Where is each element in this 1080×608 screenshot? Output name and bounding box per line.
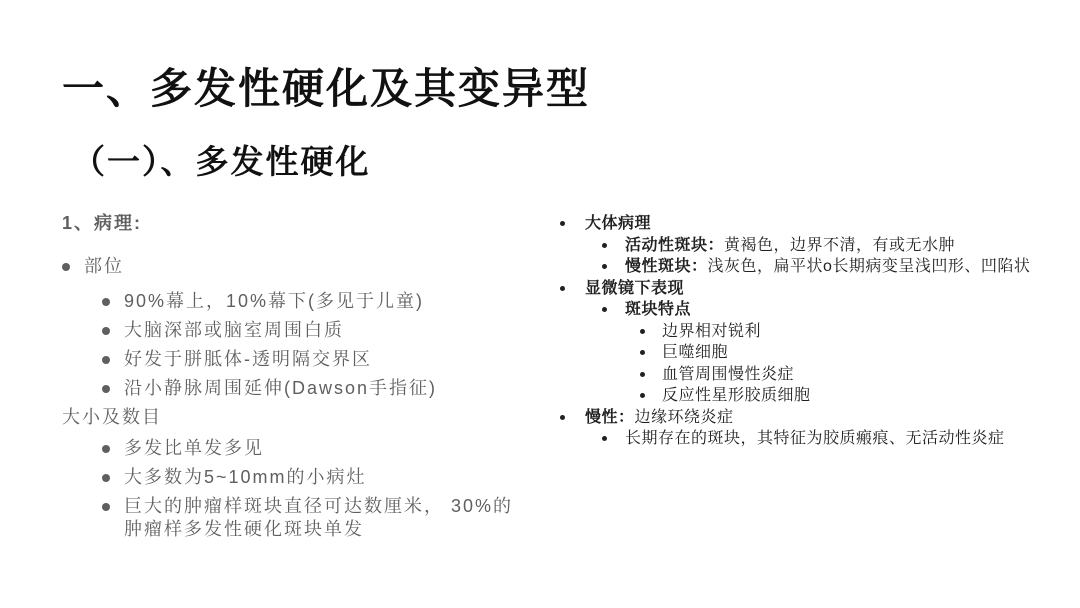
list-item: 好发于胼胝体-透明隔交界区 [102,348,530,371]
list-item: 慢性斑块：浅灰色，扁平状o长期病变呈浅凹形、凹陷状 [560,256,1046,278]
slide-title: 一、多发性硬化及其变异型 [62,56,590,116]
bullet-dot-icon [560,415,565,420]
bullet-dot-icon [602,243,607,248]
slide: 一、多发性硬化及其变异型 （一）、多发性硬化 1、病理: 部位 90%幕上，10… [0,0,1080,608]
list-item: 大脑深部或脑室周围白质 [102,319,530,342]
list-item-text: 大小及数目 [62,406,162,429]
list-item: 斑块特点 [560,299,1046,321]
list-item-text: 反应性星形胶质细胞 [662,387,811,404]
list-item: 显微镜下表现 [560,278,1046,300]
slide-subtitle: （一）、多发性硬化 [72,136,371,183]
list-item: 沿小静脉周围延伸(Dawson手指征) [102,377,530,400]
list-item-bold: 斑块特点 [625,301,691,318]
bullet-dot-icon [602,307,607,312]
list-item-text: 浅灰色，扁平状o长期病变呈浅凹形、凹陷状 [708,258,1031,275]
list-item-bold: 慢性： [585,409,635,426]
list-item: 活动性斑块：黄褐色，边界不清，有或无水肿 [560,235,1046,257]
bullet-dot-icon [640,393,645,398]
bullet-dot-icon [102,327,110,335]
list-item-bold: 显微镜下表现 [585,280,684,297]
list-item: 部位 [62,255,530,278]
bullet-dot-icon [602,264,607,269]
bullet-dot-icon [102,474,110,482]
list-item-text: 巨噬细胞 [662,344,728,361]
bullet-dot-icon [602,436,607,441]
list-item: 反应性星形胶质细胞 [560,385,1046,407]
left-column-heading: 1、病理: [62,212,530,235]
list-group-label: 大小及数目 [62,406,530,429]
right-column: 大体病理 活动性斑块：黄褐色，边界不清，有或无水肿 慢性斑块：浅灰色，扁平状o长… [560,213,1046,450]
list-item-text: 好发于胼胝体-透明隔交界区 [124,348,372,371]
list-item-bold: 活动性斑块： [625,237,724,254]
bullet-dot-icon [640,350,645,355]
list-item-text: 长期存在的斑块，其特征为胶质瘢痕、无活动性炎症 [625,430,1005,447]
list-item-text: 沿小静脉周围延伸(Dawson手指征) [124,377,437,400]
bullet-dot-icon [560,286,565,291]
list-item: 血管周围慢性炎症 [560,364,1046,386]
list-item: 巨大的肿瘤样斑块直径可达数厘米， 30%的肿瘤样多发性硬化斑块单发 [102,495,530,541]
bullet-dot-icon [560,221,565,226]
bullet-dot-icon [640,372,645,377]
list-item-text: 大脑深部或脑室周围白质 [124,319,344,342]
left-column: 1、病理: 部位 90%幕上，10%幕下(多见于儿童) 大脑深部或脑室周围白质 … [62,212,530,547]
bullet-dot-icon [640,329,645,334]
list-item-bold: 慢性斑块： [625,258,708,275]
list-item-text: 边缘环绕炎症 [635,409,734,426]
list-item-bold: 大体病理 [585,215,651,232]
list-item-text: 边界相对锐利 [662,323,761,340]
bullet-dot-icon [102,445,110,453]
list-item: 多发比单发多见 [102,437,530,460]
list-item-text: 部位 [84,255,124,278]
list-item-text: 90%幕上，10%幕下(多见于儿童) [124,290,424,313]
bullet-dot-icon [62,263,70,271]
list-item-text: 多发比单发多见 [124,437,264,460]
list-item: 90%幕上，10%幕下(多见于儿童) [102,290,530,313]
list-item: 长期存在的斑块，其特征为胶质瘢痕、无活动性炎症 [560,428,1046,450]
bullet-dot-icon [102,503,110,511]
list-item-text: 黄褐色，边界不清，有或无水肿 [724,237,955,254]
list-item-text: 大多数为5~10mm的小病灶 [124,466,367,489]
bullet-dot-icon [102,298,110,306]
bullet-dot-icon [102,356,110,364]
bullet-dot-icon [102,385,110,393]
list-item: 巨噬细胞 [560,342,1046,364]
list-item-text: 血管周围慢性炎症 [662,366,794,383]
list-item: 慢性：边缘环绕炎症 [560,407,1046,429]
list-item: 大体病理 [560,213,1046,235]
list-item: 大多数为5~10mm的小病灶 [102,466,530,489]
list-item: 边界相对锐利 [560,321,1046,343]
list-item-text: 巨大的肿瘤样斑块直径可达数厘米， 30%的肿瘤样多发性硬化斑块单发 [124,495,530,541]
